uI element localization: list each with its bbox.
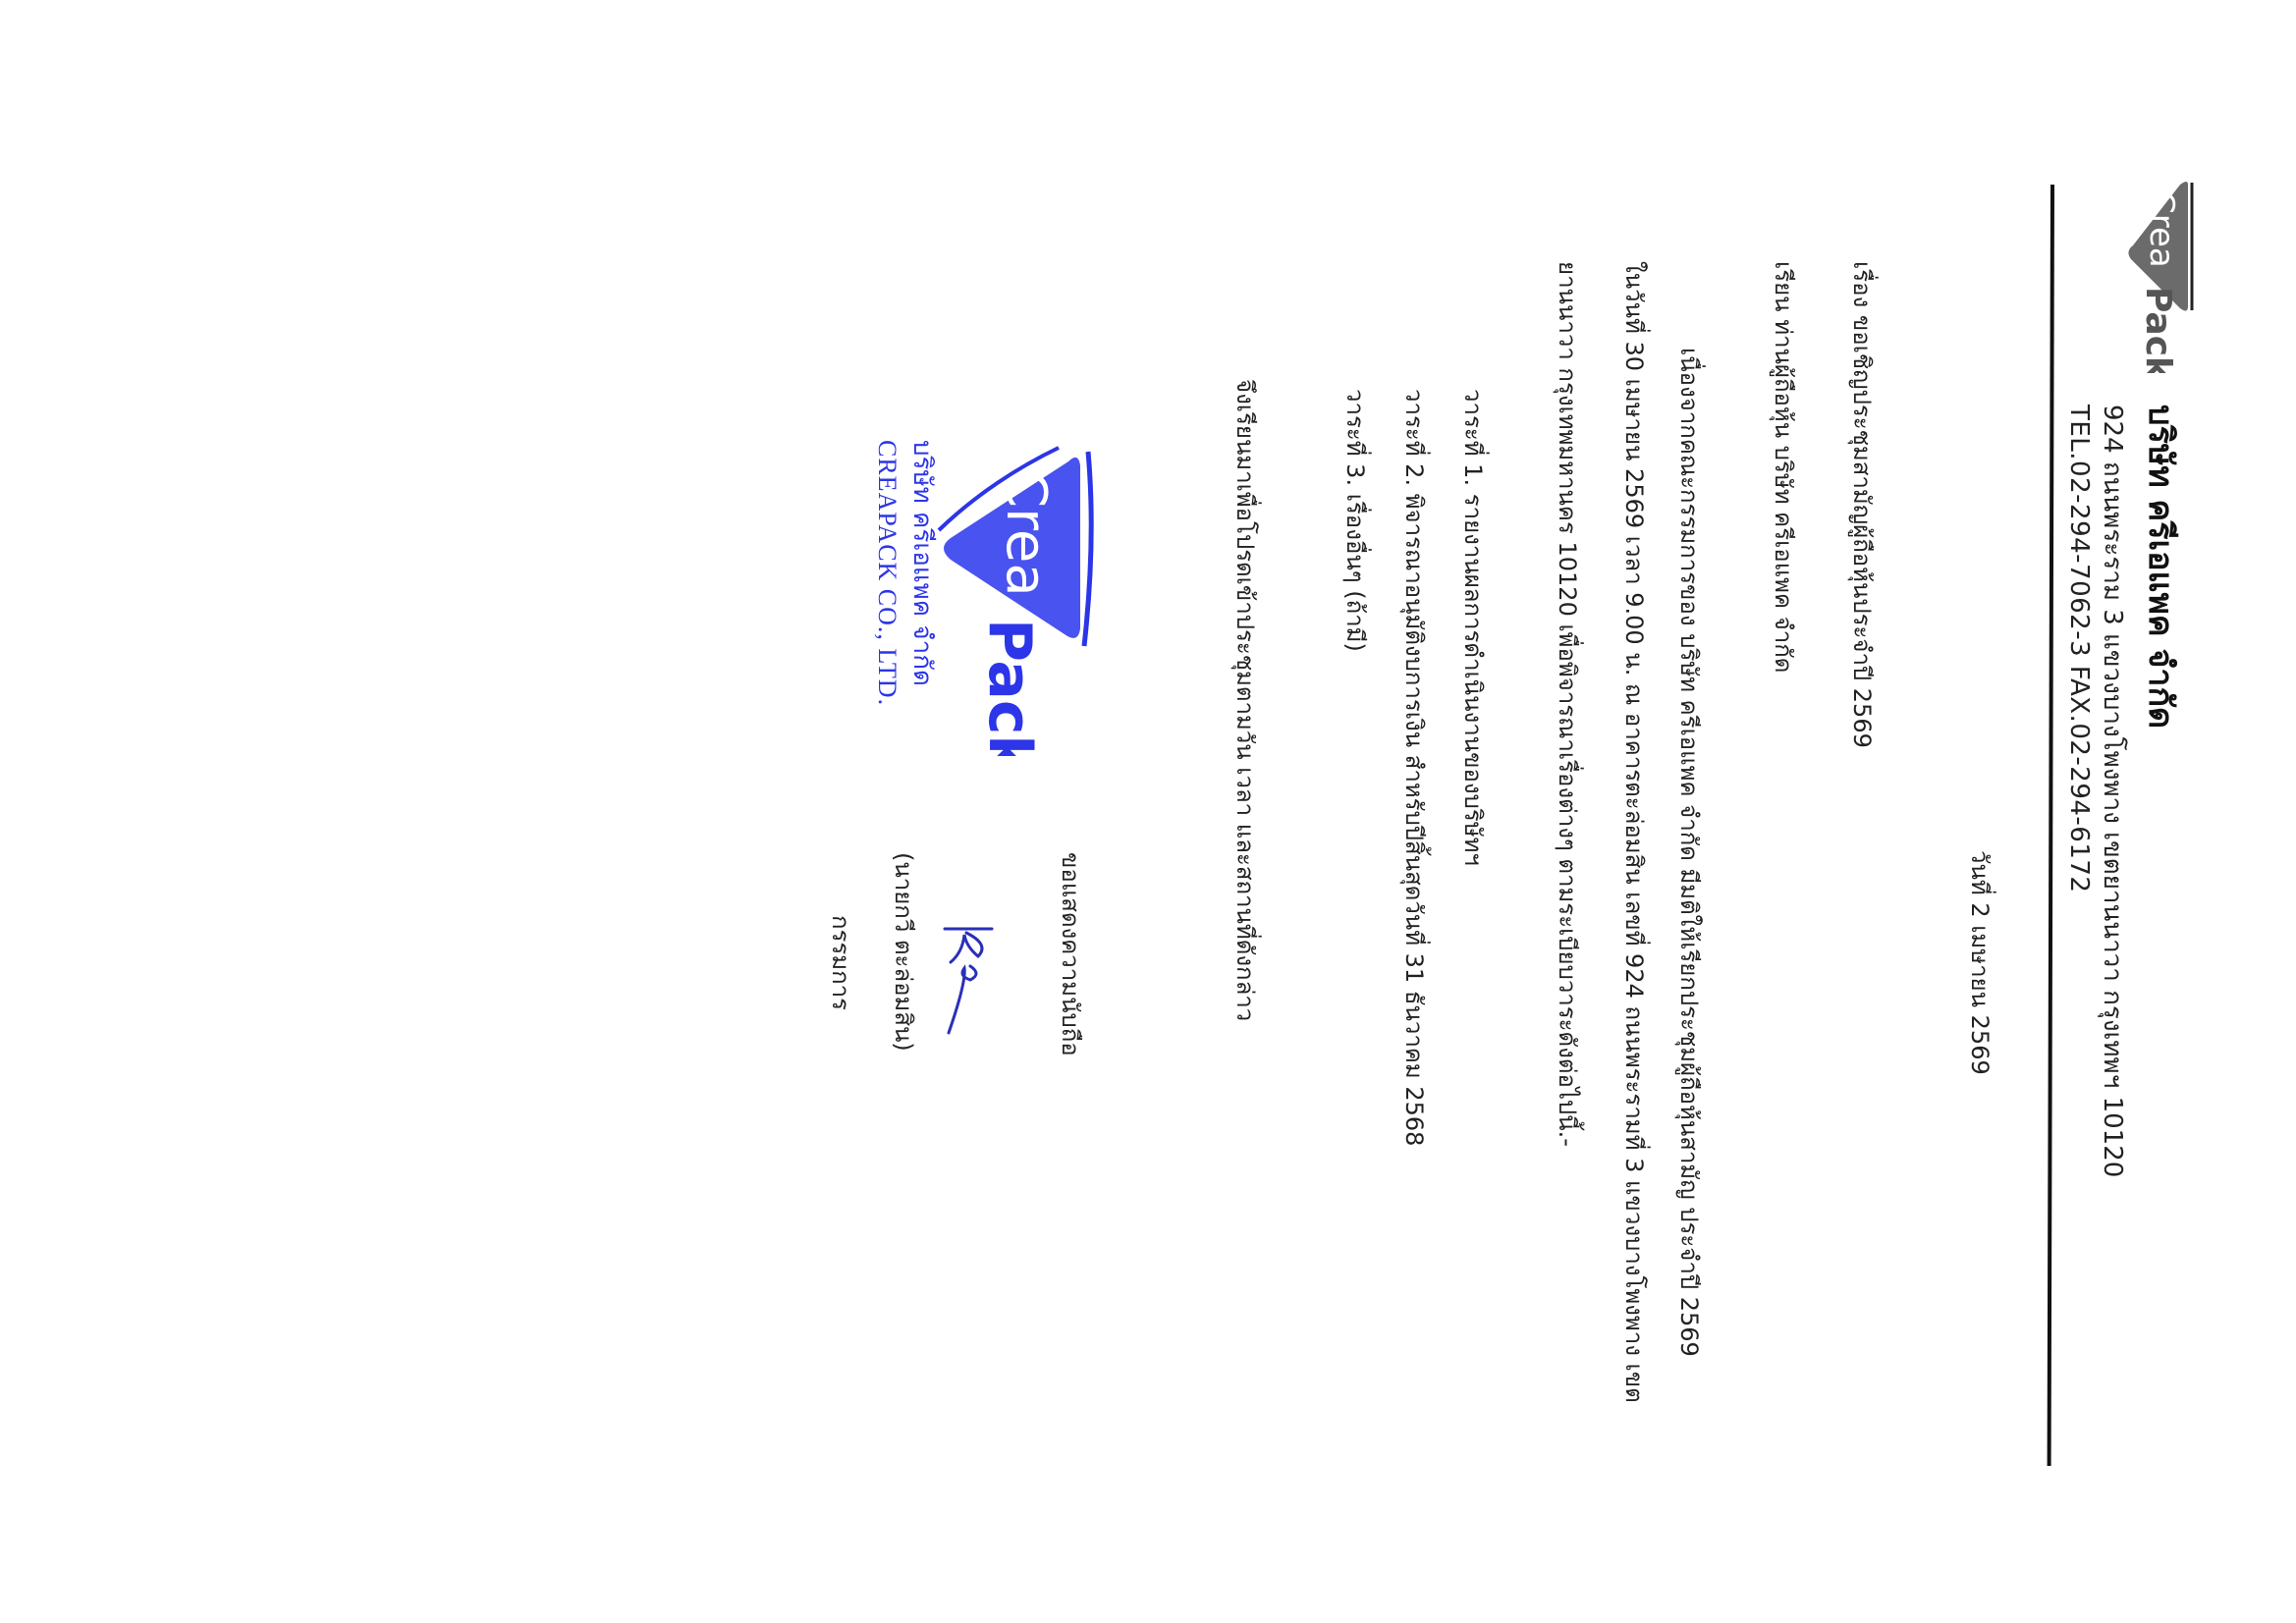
creapack-logo-icon: Crea Pack xyxy=(2125,177,2196,373)
company-name: บริษัท ครีเอแพค จำกัด xyxy=(2135,405,2188,729)
svg-text:Crea: Crea xyxy=(994,469,1058,597)
stamp-thai-name: บริษัท ครีเอแพค จำกัด xyxy=(902,440,943,686)
paragraph-line: เนื่องจากคณะกรรมการของ บริษัท ครีเอแพค จ… xyxy=(1670,348,1709,1357)
paragraph-line: ในวันที่ 30 เมษายน 2569 เวลา 9.00 น. ณ อ… xyxy=(1615,261,1654,1403)
company-contact: TEL.02-294-7062-3 FAX.02-294-6172 xyxy=(2064,405,2094,893)
svg-text:Pack: Pack xyxy=(975,619,1044,756)
agenda-item: วาระที่ 3. เรื่องอื่นๆ (ถ้ามี) xyxy=(1337,389,1375,652)
stamp-english-name: CREAPACK CO., LTD. xyxy=(872,440,902,706)
letter-subject: เรื่อง ขอเชิญประชุมสามัญผู้ถือหุ้นประจำป… xyxy=(1843,261,1882,748)
letter-recipient: เรียน ท่านผู้ถือหุ้น บริษัท ครีเอแพค จำก… xyxy=(1765,261,1803,673)
agenda-item: วาระที่ 1. รายงานผลการดำเนินงานของบริษัท… xyxy=(1454,389,1493,866)
letter-page: Crea Pack บริษัท ครีเอแพค จำกัด 924 ถนนพ… xyxy=(0,0,2296,1623)
closing-line: จึงเรียนมาเพื่อโปรดเข้าประชุมตามวัน เวลา… xyxy=(1227,379,1265,1021)
regards-line: ขอแสดงความนับถือ xyxy=(1052,852,1090,1056)
svg-text:Crea: Crea xyxy=(2142,190,2181,268)
paragraph-line: ยานนาวา กรุงเทพมหานคร 10120 เพื่อพิจารณา… xyxy=(1549,261,1587,1147)
company-address: 924 ถนนพระราม 3 แขวงบางโพงพาง เขตยานนาวา… xyxy=(2093,405,2133,1177)
svg-text:Pack: Pack xyxy=(2138,287,2178,373)
signer-title: กรรมการ xyxy=(822,915,860,1010)
signer-name: (นายกวี ตะล่อมสิน) xyxy=(885,852,923,1052)
letter-date: วันที่ 2 เมษายน 2569 xyxy=(1961,850,1999,1075)
agenda-item: วาระที่ 2. พิจารณาอนุมัติงบการเงิน สำหรั… xyxy=(1395,389,1434,1146)
letterhead-divider xyxy=(2048,185,2054,1466)
signature-icon xyxy=(931,923,1000,1041)
